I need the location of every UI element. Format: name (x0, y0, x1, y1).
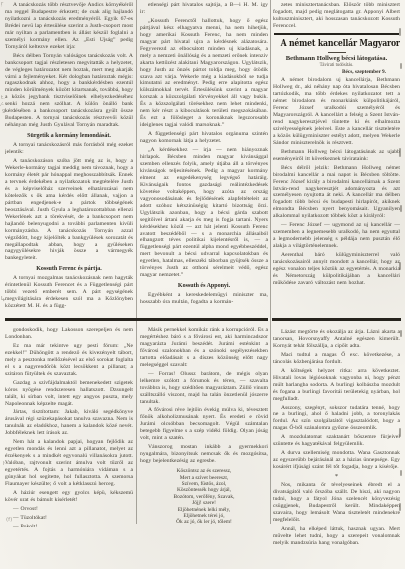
paragraph: A tanácskozás több résztvevője Andics kö… (5, 2, 133, 51)
dialogue-line: — Pokolt! (5, 524, 133, 527)
bleed-mark (399, 148, 401, 157)
middle-column-news: etlenségi párt hivatalos sajtója, a B—i … (140, 2, 268, 318)
paragraph: A fővárosi réve lejtőin évekig múlva ki,… (140, 407, 268, 442)
pencil-mark: ↳ (0, 297, 6, 303)
pencil-mark: (f) (6, 518, 12, 524)
left-column-feuilleton: gondoskodik, hogy Lakosson szerepeljen é… (5, 327, 133, 527)
paragraph: A tornyai tanácskozásról más forrásból m… (5, 142, 133, 156)
bleed-mark (400, 63, 402, 69)
paragraph: Bethmann Hollweg bécsi látogatásának az … (273, 149, 400, 163)
paragraph: A mozdulatomat szaktanárt bőszemre fürje… (273, 434, 400, 448)
pencil-mark: 9 (2, 110, 6, 116)
paragraph: A tanácskozáson szóba jött még az is, ho… (5, 158, 133, 262)
bleed-mark (400, 330, 402, 337)
paragraph: — Ferenc József — ugymond az uj kancellá… (273, 222, 400, 250)
bleed-mark (399, 428, 401, 437)
pencil-mark: ⁄- (1, 103, 4, 109)
dialogue-line: — Tüzoltókat! (5, 515, 133, 522)
pencil-mark: ŀ· (3, 462, 7, 468)
paragraph: Vánszorog mostan inkább a gyermekkori ny… (140, 444, 268, 465)
section-heading: Kossuth és Apponyi. (140, 283, 268, 289)
article-subtitle: Bethmann Hollweg bécsi látogatása. (273, 55, 400, 62)
paragraph: A háziúr esengett egy gyolcs képü, kéksz… (5, 490, 133, 504)
newspaper-page: A tanácskozás több résztvevője Andics kö… (0, 0, 405, 569)
pencil-mark: ŗ (1, 2, 3, 8)
section-heading: Kossuth Ferenc és pártja. (5, 266, 133, 272)
bleed-mark (399, 262, 401, 270)
middle-column-feuilleton: Másik pernekkel komikáz ránk a korrupció… (140, 327, 268, 530)
paragraph: Annál, ha elképed láttuk, hasznak ugyan.… (273, 526, 400, 547)
paragraph: A durva szellemiség mondotta. Wana Gaszt… (273, 450, 400, 471)
paragraph: A függetlenségi párt hivatalos orgánuma … (140, 131, 268, 145)
column-rule (136, 0, 137, 524)
paragraph: — Forras! Olussz barátom, de mégis olyan… (140, 371, 268, 406)
paragraph: „A kérdésekhez — irja — nem hiányoznak h… (140, 147, 268, 279)
paragraph: zetes minisztertanácsban. Először több m… (273, 2, 400, 30)
paragraph: A német birodalom uj kancellárja, Bethma… (273, 77, 400, 147)
right-column-feuilleton: Lázást megtörte és okozálja az árja. Láz… (273, 329, 400, 547)
section-heading: Sürgetik a kormány lemondását. (5, 133, 133, 139)
poem-line: Ők az jó, ők ler jó, tőlem! (140, 519, 268, 525)
paragraph: Egyébként a kereskedelemügyi miniszter m… (140, 292, 268, 306)
poem-block: Köszöntsz az és szeressz, Mert a szívet … (140, 468, 268, 526)
paragraph: A tornyai mozgalmas tanácskozásnak nem h… (5, 275, 133, 310)
headline-rule (328, 52, 346, 53)
article-kicker: Távirati tudósítás. (273, 63, 400, 68)
paragraph: Ez ma már tekintve ugy pesti fórum: „Ne … (5, 343, 133, 378)
paragraph: Jártas, tisztítottam: Jakab, kiváló segé… (5, 409, 133, 437)
paragraph: Lázást megtörte és okozálja az árja. Láz… (273, 329, 400, 350)
paragraph: gondoskodik, hogy Lakosson szerepeljen é… (5, 327, 133, 341)
paragraph: Aerenthal báró külügyminiszterrel való t… (273, 252, 400, 287)
paragraph: A költségek helyzet ritka: arra következ… (273, 368, 400, 403)
star-separator: * (273, 473, 400, 480)
paragraph: Bécs délről jelzik: Bethmann Hollweg ném… (273, 165, 400, 221)
pencil-mark: t. (1, 96, 5, 102)
article-divider-rule (274, 33, 399, 35)
bleed-mark (399, 503, 401, 511)
paragraph: Gazdag a szívfájdalmaktól bemenekedett s… (5, 380, 133, 408)
article-headline: A német kancellár Magyarországról (281, 39, 393, 50)
paragraph: etlenségi párt hivatalos sajtója, a B—i … (140, 2, 268, 16)
article-dateline: Bécs, szeptember 9. (273, 69, 400, 75)
bleed-mark (400, 205, 402, 212)
paragraph: Asszony, szegényt, sokszor tudatára tenn… (273, 405, 400, 433)
paragraph: Bécs délben Tornyán valóságos tanácskozá… (5, 53, 133, 129)
right-column-news: zetes minisztertanácsban. Először több m… (273, 2, 400, 318)
feuilleton-divider-rule (272, 318, 401, 321)
paragraph: Maci tudtul a magas Ő exc. következése, … (273, 352, 400, 366)
dialogue-line: — Orvost! (5, 506, 133, 513)
bleed-mark (399, 28, 401, 36)
column-rule (270, 0, 271, 524)
paragraph: Másik pernekkel komikáz ránk a korrupció… (140, 327, 268, 369)
paragraph: Nem hát a kalandok papjai, hogyan fejlőd… (5, 439, 133, 488)
left-column-news: A tanácskozás több résztvevője Andics kö… (5, 2, 133, 318)
paragraph: „Kossuth Ferenctől hallottuk, hogy ő egé… (140, 18, 268, 129)
paragraph: Nos, mikanta őr tévelyeseinek ébredt el … (273, 482, 400, 524)
bleed-mark (400, 470, 402, 476)
feuilleton-divider-rule (5, 318, 268, 321)
